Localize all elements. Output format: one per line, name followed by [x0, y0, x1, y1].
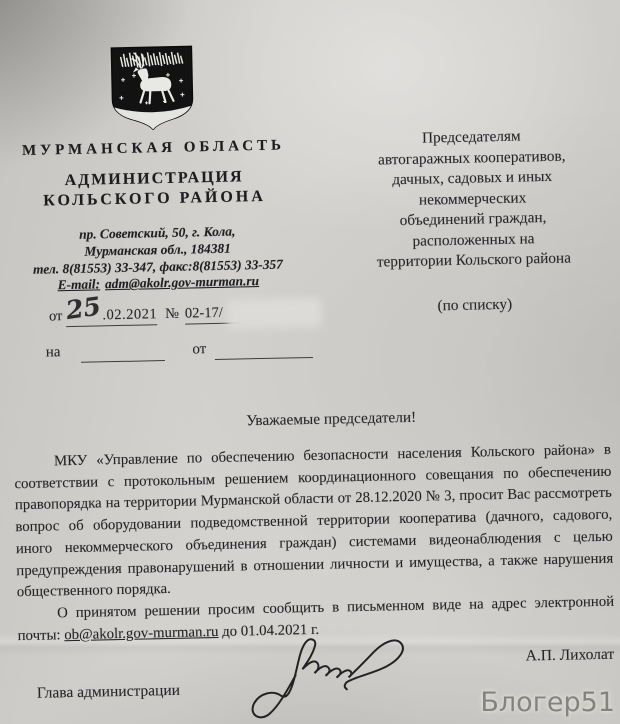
email-label: E-mail: [57, 277, 100, 293]
distribution-list-note: (по списку) [339, 292, 611, 318]
signer-position-title: Глава администрации [37, 682, 180, 703]
salutation: Уважаемые председатели! [21, 404, 620, 435]
redacted-number-blur [227, 298, 322, 329]
number-sign: № [165, 306, 179, 322]
outgoing-reference-line: от25.02.2021№02-17/ [49, 301, 241, 327]
incoming-reference-line: на от [46, 339, 313, 364]
org-name-line2: КОЛЬСКОГО РАЙОНА [0, 187, 308, 211]
date-from-label: от [49, 308, 63, 324]
blogger51-watermark: Блогер51 [480, 687, 615, 718]
letterhead-org-block: МУРМАНСКАЯ ОБЛАСТЬ АДМИНИСТРАЦИЯ КОЛЬСКО… [0, 137, 309, 211]
scanned-letter-photo: МУРМАНСКАЯ ОБЛАСТЬ АДМИНИСТРАЦИЯ КОЛЬСКО… [0, 0, 620, 724]
signer-name: А.П. Лихолат [526, 646, 615, 666]
reply-on-label: на [46, 344, 61, 360]
body-paragraph-1: МКУ «Управление по обеспечению безопасно… [14, 440, 614, 604]
reply-from-label: от [192, 341, 206, 357]
email-address: adm@akolr.gov-murman.ru [105, 273, 259, 291]
region-name: МУРМАНСКАЯ ОБЛАСТЬ [0, 137, 308, 160]
handwritten-date-day: 25 [65, 299, 103, 318]
letter-body: МКУ «Управление по обеспечению безопасно… [14, 440, 615, 648]
date-month-year: .02.2021 [102, 306, 157, 326]
recipient-block: Председателям автогаражных кооперативов,… [335, 125, 611, 319]
reply-email-address: ob@akolr.gov-murman.ru [64, 624, 218, 643]
coat-of-arms-icon [105, 42, 199, 136]
letterhead-address-block: пр. Советский, 50, г. Кола, Мурманская о… [0, 222, 318, 296]
recipient-line: территории Кольского района [338, 248, 610, 274]
handwritten-signature-icon [238, 623, 420, 724]
blank-incoming-date [214, 339, 312, 360]
blank-incoming-number [80, 342, 164, 363]
letter-sheet: МУРМАНСКАЯ ОБЛАСТЬ АДМИНИСТРАЦИЯ КОЛЬСКО… [0, 0, 620, 724]
